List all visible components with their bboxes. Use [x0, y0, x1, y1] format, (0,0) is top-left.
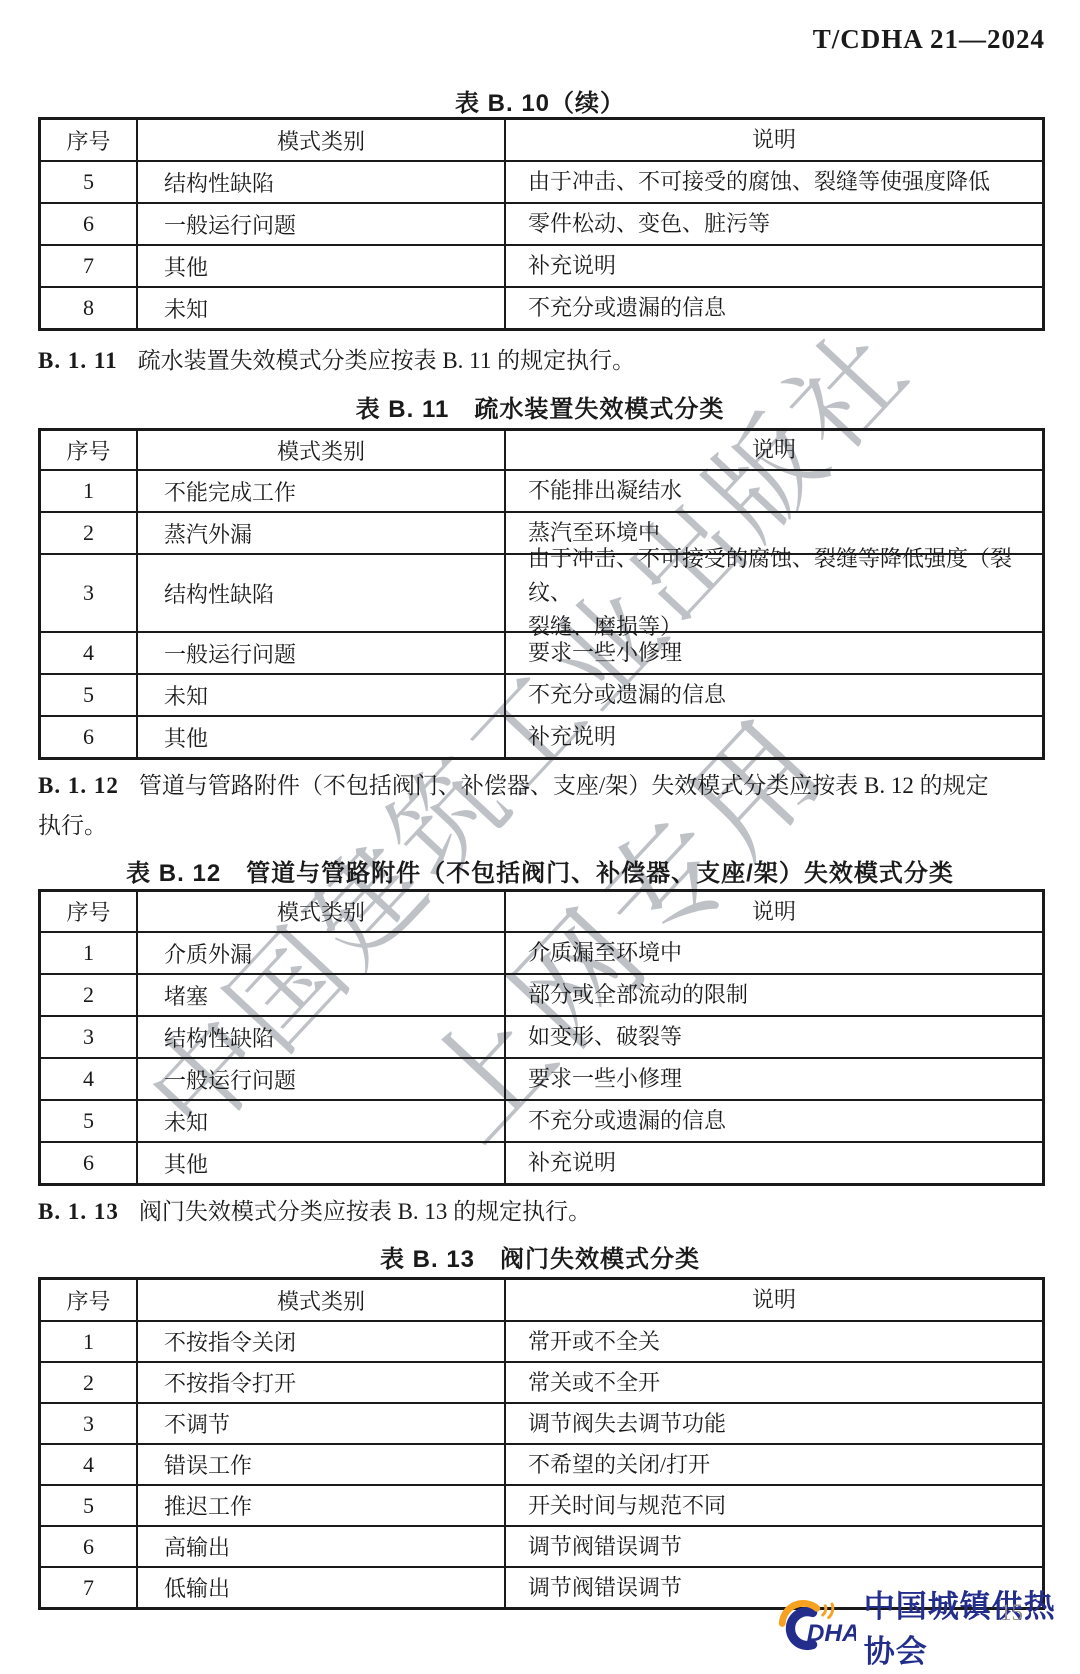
cell-num: 4 — [41, 1445, 138, 1484]
table-row: 8未知不充分或遗漏的信息 — [41, 286, 1042, 328]
table-row: 5未知不充分或遗漏的信息 — [41, 1099, 1042, 1141]
cell-mode: 结构性缺陷 — [138, 1017, 506, 1057]
section-b113: B. 1. 13阀门失效模式分类应按表 B. 13 的规定执行。 — [38, 1192, 1045, 1232]
cell-mode: 其他 — [138, 246, 506, 286]
cell-mode: 错误工作 — [138, 1445, 506, 1484]
column-header-num: 序号 — [41, 1280, 138, 1320]
cell-mode: 不能完成工作 — [138, 471, 506, 511]
cell-desc: 不充分或遗漏的信息 — [506, 675, 1042, 715]
cell-mode: 一般运行问题 — [138, 1059, 506, 1099]
cell-desc: 由于冲击、不可接受的腐蚀、裂缝等使强度降低 — [506, 162, 1042, 202]
cell-desc: 要求一些小修理 — [506, 633, 1042, 673]
cell-num: 3 — [41, 1404, 138, 1443]
cell-num: 6 — [41, 204, 138, 244]
column-header-desc: 说明 — [506, 892, 1042, 931]
cell-num: 2 — [41, 513, 138, 553]
column-header-mode: 模式类别 — [138, 892, 506, 931]
cell-mode: 蒸汽外漏 — [138, 513, 506, 553]
cell-num: 6 — [41, 1143, 138, 1183]
cell-mode: 堵塞 — [138, 975, 506, 1015]
cell-num: 2 — [41, 975, 138, 1015]
cell-num: 5 — [41, 675, 138, 715]
cell-num: 1 — [41, 933, 138, 973]
logo-text: DHA — [807, 1620, 856, 1647]
cell-num: 5 — [41, 1101, 138, 1141]
table-b10: 序号 模式类别 说明 5结构性缺陷由于冲击、不可接受的腐蚀、裂缝等使强度降低6一… — [38, 117, 1045, 331]
cell-num: 6 — [41, 1527, 138, 1566]
cell-desc: 由于冲击、不可接受的腐蚀、裂缝等降低强度（裂纹、 裂缝、磨损等） — [506, 555, 1042, 631]
cell-mode: 不按指令关闭 — [138, 1322, 506, 1361]
cell-mode: 高输出 — [138, 1527, 506, 1566]
cell-num: 1 — [41, 1322, 138, 1361]
table-header-row: 序号 模式类别 说明 — [41, 892, 1042, 933]
table-header-row: 序号 模式类别 说明 — [41, 120, 1042, 162]
logo-wave-small — [823, 1606, 826, 1615]
cell-num: 1 — [41, 471, 138, 511]
section-b111: B. 1. 11疏水装置失效模式分类应按表 B. 11 的规定执行。 — [38, 341, 1045, 381]
cell-mode: 未知 — [138, 288, 506, 328]
table-row: 1不按指令关闭常开或不全关 — [41, 1322, 1042, 1361]
cell-num: 7 — [41, 246, 138, 286]
table-row: 3结构性缺陷如变形、破裂等 — [41, 1015, 1042, 1057]
cell-desc: 如变形、破裂等 — [506, 1017, 1042, 1057]
cell-mode: 不调节 — [138, 1404, 506, 1443]
cell-desc: 零件松动、变色、脏污等 — [506, 204, 1042, 244]
cell-num: 7 — [41, 1568, 138, 1607]
cell-desc: 不希望的关闭/打开 — [506, 1445, 1042, 1484]
cell-desc: 补充说明 — [506, 717, 1042, 757]
cell-mode: 低输出 — [138, 1568, 506, 1607]
cell-num: 5 — [41, 1486, 138, 1525]
cell-mode: 未知 — [138, 675, 506, 715]
association-logo: DHA 中国城镇供热协会 — [778, 1598, 1080, 1654]
table-header-row: 序号 模式类别 说明 — [41, 431, 1042, 471]
cell-desc: 不充分或遗漏的信息 — [506, 1101, 1042, 1141]
cell-desc: 不能排出凝结水 — [506, 471, 1042, 511]
cell-desc: 介质漏至环境中 — [506, 933, 1042, 973]
cell-num: 4 — [41, 1059, 138, 1099]
cell-desc: 开关时间与规范不同 — [506, 1486, 1042, 1525]
column-header-mode: 模式类别 — [138, 1280, 506, 1320]
cell-num: 6 — [41, 717, 138, 757]
column-header-num: 序号 — [41, 431, 138, 469]
table-row: 1介质外漏介质漏至环境中 — [41, 933, 1042, 973]
table-row: 4一般运行问题要求一些小修理 — [41, 1057, 1042, 1099]
logo-wave-large — [829, 1604, 833, 1618]
column-header-desc: 说明 — [506, 431, 1042, 469]
table-b13-title: 表 B. 13 阀门失效模式分类 — [0, 1239, 1080, 1274]
cell-desc: 常开或不全关 — [506, 1322, 1042, 1361]
section-text: 阀门失效模式分类应按表 B. 13 的规定执行。 — [139, 1199, 591, 1224]
section-text: 疏水装置失效模式分类应按表 B. 11 的规定执行。 — [138, 348, 636, 373]
association-name: 中国城镇供热协会 — [864, 1581, 1080, 1671]
table-row: 6高输出调节阀错误调节 — [41, 1525, 1042, 1566]
section-number: B. 1. 11 — [38, 348, 118, 373]
column-header-desc: 说明 — [506, 1280, 1042, 1320]
cell-desc: 调节阀失去调节功能 — [506, 1404, 1042, 1443]
cell-mode: 其他 — [138, 717, 506, 757]
section-b112: B. 1. 12管道与管路附件（不包括阀门、补偿器、支座/架）失效模式分类应按表… — [38, 766, 1045, 846]
table-row: 4一般运行问题要求一些小修理 — [41, 631, 1042, 673]
cell-num: 2 — [41, 1363, 138, 1402]
cell-desc: 部分或全部流动的限制 — [506, 975, 1042, 1015]
column-header-mode: 模式类别 — [138, 120, 506, 160]
cell-desc: 要求一些小修理 — [506, 1059, 1042, 1099]
table-b10-title: 表 B. 10（续） — [0, 83, 1080, 118]
cell-num: 3 — [41, 555, 138, 631]
table-row: 1不能完成工作不能排出凝结水 — [41, 471, 1042, 511]
cell-mode: 一般运行问题 — [138, 204, 506, 244]
table-b12: 序号 模式类别 说明 1介质外漏介质漏至环境中2堵塞部分或全部流动的限制3结构性… — [38, 889, 1045, 1186]
cell-num: 5 — [41, 162, 138, 202]
cell-num: 3 — [41, 1017, 138, 1057]
page-number: 15 — [1000, 1600, 1023, 1626]
table-row: 5结构性缺陷由于冲击、不可接受的腐蚀、裂缝等使强度降低 — [41, 162, 1042, 202]
cell-mode: 推迟工作 — [138, 1486, 506, 1525]
table-row: 5未知不充分或遗漏的信息 — [41, 673, 1042, 715]
cell-num: 4 — [41, 633, 138, 673]
cell-num: 8 — [41, 288, 138, 328]
table-row: 6一般运行问题零件松动、变色、脏污等 — [41, 202, 1042, 244]
cell-mode: 结构性缺陷 — [138, 162, 506, 202]
table-b12-title: 表 B. 12 管道与管路附件（不包括阀门、补偿器、支座/架）失效模式分类 — [0, 853, 1080, 888]
column-header-desc: 说明 — [506, 120, 1042, 160]
table-row: 6其他补充说明 — [41, 1141, 1042, 1183]
table-b11: 序号 模式类别 说明 1不能完成工作不能排出凝结水2蒸汽外漏蒸汽至环境中3结构性… — [38, 428, 1045, 760]
column-header-mode: 模式类别 — [138, 431, 506, 469]
cell-desc: 补充说明 — [506, 246, 1042, 286]
column-header-num: 序号 — [41, 120, 138, 160]
table-row: 3结构性缺陷由于冲击、不可接受的腐蚀、裂缝等降低强度（裂纹、 裂缝、磨损等） — [41, 553, 1042, 631]
section-number: B. 1. 13 — [38, 1199, 119, 1224]
cdha-logo-icon: DHA — [778, 1598, 856, 1654]
table-row: 4错误工作不希望的关闭/打开 — [41, 1443, 1042, 1484]
cell-desc: 不充分或遗漏的信息 — [506, 288, 1042, 328]
cell-desc: 调节阀错误调节 — [506, 1527, 1042, 1566]
cell-mode: 不按指令打开 — [138, 1363, 506, 1402]
table-row: 7其他补充说明 — [41, 244, 1042, 286]
table-b11-title: 表 B. 11 疏水装置失效模式分类 — [0, 389, 1080, 424]
table-b13: 序号 模式类别 说明 1不按指令关闭常开或不全关2不按指令打开常关或不全开3不调… — [38, 1277, 1045, 1610]
table-row: 5推迟工作开关时间与规范不同 — [41, 1484, 1042, 1525]
table-row: 6其他补充说明 — [41, 715, 1042, 757]
cell-desc: 常关或不全开 — [506, 1363, 1042, 1402]
document-page: { "page": { "standard_code": "T/CDHA 21—… — [0, 0, 1080, 1674]
column-header-num: 序号 — [41, 892, 138, 931]
cell-desc: 补充说明 — [506, 1143, 1042, 1183]
cell-mode: 结构性缺陷 — [138, 555, 506, 631]
cell-mode: 介质外漏 — [138, 933, 506, 973]
section-number: B. 1. 12 — [38, 773, 119, 798]
table-row: 2堵塞部分或全部流动的限制 — [41, 973, 1042, 1015]
table-header-row: 序号 模式类别 说明 — [41, 1280, 1042, 1322]
cell-mode: 一般运行问题 — [138, 633, 506, 673]
cell-mode: 其他 — [138, 1143, 506, 1183]
standard-code: T/CDHA 21—2024 — [813, 24, 1045, 55]
table-row: 2不按指令打开常关或不全开 — [41, 1361, 1042, 1402]
table-row: 3不调节调节阀失去调节功能 — [41, 1402, 1042, 1443]
content-layer: T/CDHA 21—2024 表 B. 10（续） 序号 模式类别 说明 5结构… — [0, 0, 1080, 1674]
section-text: 管道与管路附件（不包括阀门、补偿器、支座/架）失效模式分类应按表 B. 12 的… — [38, 773, 989, 838]
cell-mode: 未知 — [138, 1101, 506, 1141]
